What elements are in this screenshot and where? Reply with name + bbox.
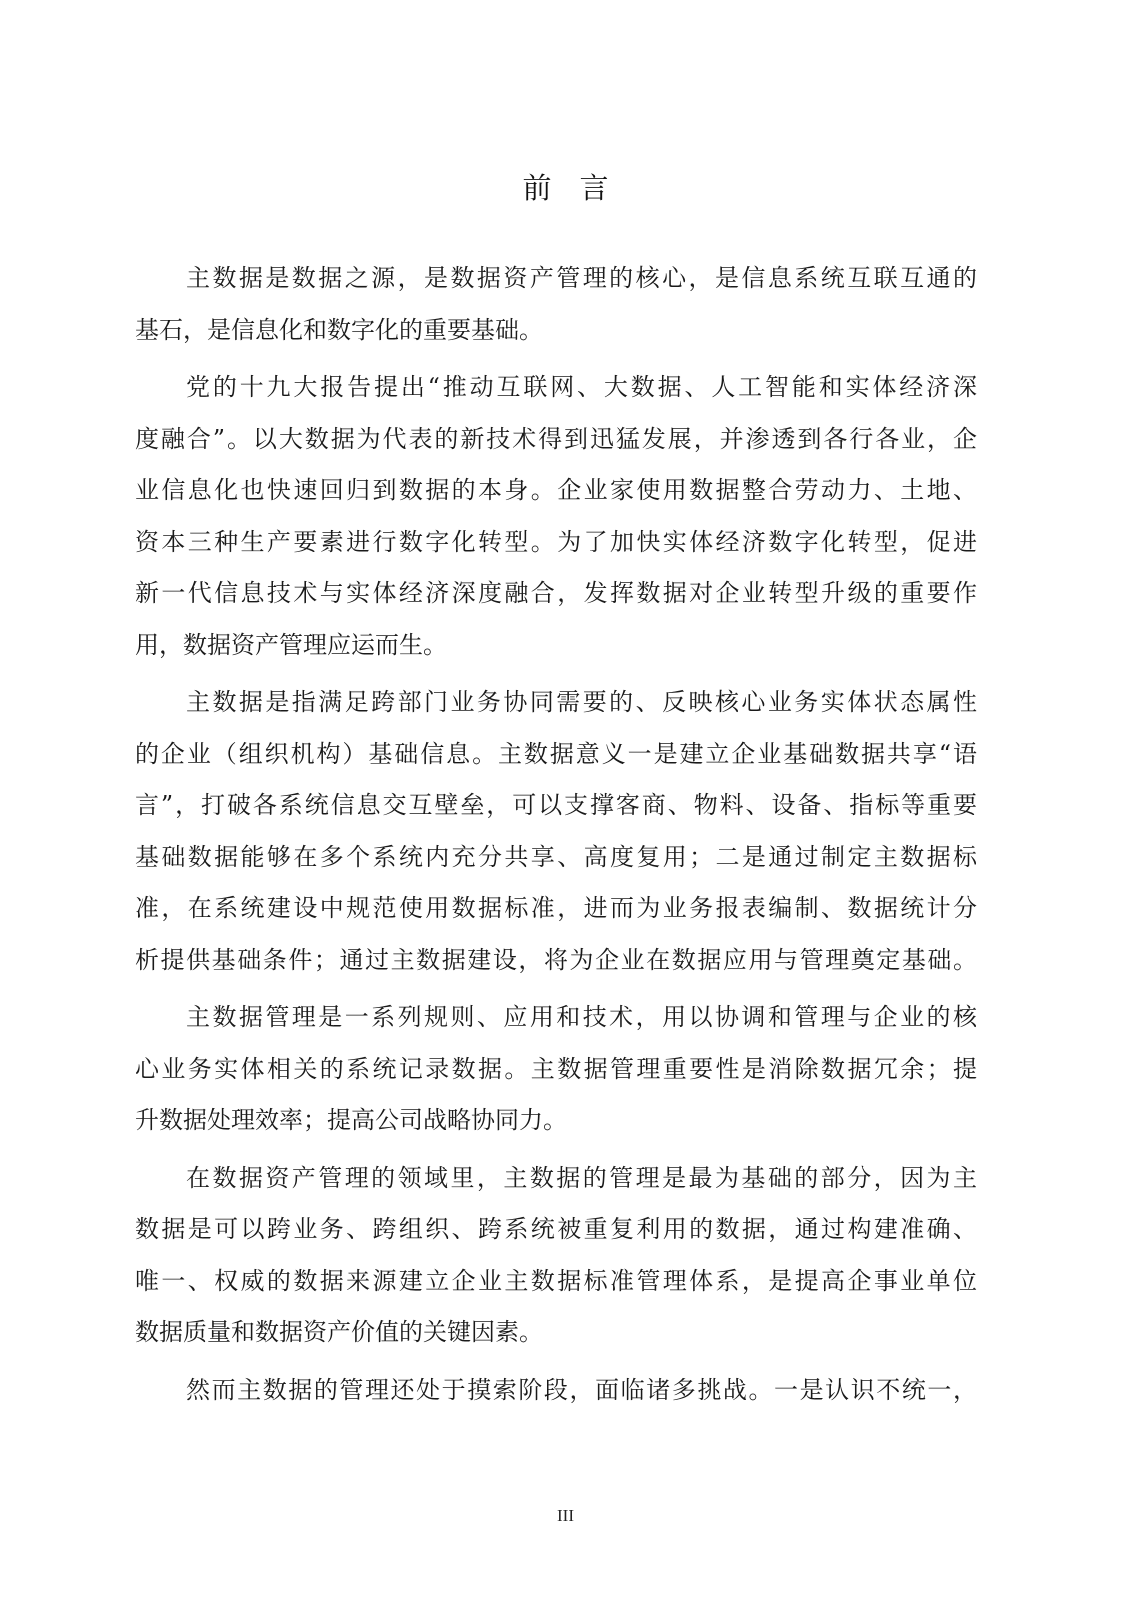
text-line: 在数据资产管理的领域里，主数据的管理是最为基础的部分，因为主 [135,1158,977,1210]
text-line: 度融合”。以大数据为代表的新技术得到迅猛发展，并渗透到各行各业，企 [135,419,977,471]
text-line: 的企业（组织机构）基础信息。主数据意义一是建立企业基础数据共享“语 [135,734,977,786]
page-title: 前言 [0,166,1131,207]
text-line: 基础数据能够在多个系统内充分共享、高度复用；二是通过制定主数据标 [135,837,977,889]
text-line: 主数据管理是一系列规则、应用和技术，用以协调和管理与企业的核 [135,997,977,1049]
paragraph: 在数据资产管理的领域里，主数据的管理是最为基础的部分，因为主 数据是可以跨业务、… [135,1158,977,1364]
paragraph: 党的十九大报告提出“推动互联网、大数据、人工智能和实体经济深 度融合”。以大数据… [135,367,977,676]
text-line: 心业务实体相关的系统记录数据。主数据管理重要性是消除数据冗余；提 [135,1049,977,1101]
paragraph: 主数据管理是一系列规则、应用和技术，用以协调和管理与企业的核 心业务实体相关的系… [135,997,977,1152]
paragraph: 然而主数据的管理还处于摸索阶段，面临诸多挑战。一是认识不统一， [135,1370,977,1422]
text-line: 析提供基础条件；通过主数据建设，将为企业在数据应用与管理奠定基础。 [135,940,977,992]
text-line: 然而主数据的管理还处于摸索阶段，面临诸多挑战。一是认识不统一， [135,1370,977,1422]
text-line: 业信息化也快速回归到数据的本身。企业家使用数据整合劳动力、土地、 [135,470,977,522]
text-line: 党的十九大报告提出“推动互联网、大数据、人工智能和实体经济深 [135,367,977,419]
text-line: 新一代信息技术与实体经济深度融合，发挥数据对企业转型升级的重要作 [135,573,977,625]
document-body: 主数据是数据之源，是数据资产管理的核心，是信息系统互联互通的 基石，是信息化和数… [135,258,977,1427]
text-line: 主数据是数据之源，是数据资产管理的核心，是信息系统互联互通的 [135,258,977,310]
text-line: 用，数据资产管理应运而生。 [135,625,977,677]
paragraph: 主数据是数据之源，是数据资产管理的核心，是信息系统互联互通的 基石，是信息化和数… [135,258,977,361]
text-line: 数据是可以跨业务、跨组织、跨系统被重复利用的数据，通过构建准确、 [135,1209,977,1261]
page-number: III [0,1506,1131,1526]
text-line: 数据质量和数据资产价值的关键因素。 [135,1312,977,1364]
text-line: 升数据处理效率；提高公司战略协同力。 [135,1100,977,1152]
text-line: 唯一、权威的数据来源建立企业主数据标准管理体系，是提高企事业单位 [135,1261,977,1313]
text-line: 言”，打破各系统信息交互壁垒，可以支撑客商、物料、设备、指标等重要 [135,785,977,837]
text-line: 主数据是指满足跨部门业务协同需要的、反映核心业务实体状态属性 [135,682,977,734]
text-line: 资本三种生产要素进行数字化转型。为了加快实体经济数字化转型，促进 [135,522,977,574]
paragraph: 主数据是指满足跨部门业务协同需要的、反映核心业务实体状态属性 的企业（组织机构）… [135,682,977,991]
text-line: 准，在系统建设中规范使用数据标准，进而为业务报表编制、数据统计分 [135,888,977,940]
text-line: 基石，是信息化和数字化的重要基础。 [135,310,977,362]
